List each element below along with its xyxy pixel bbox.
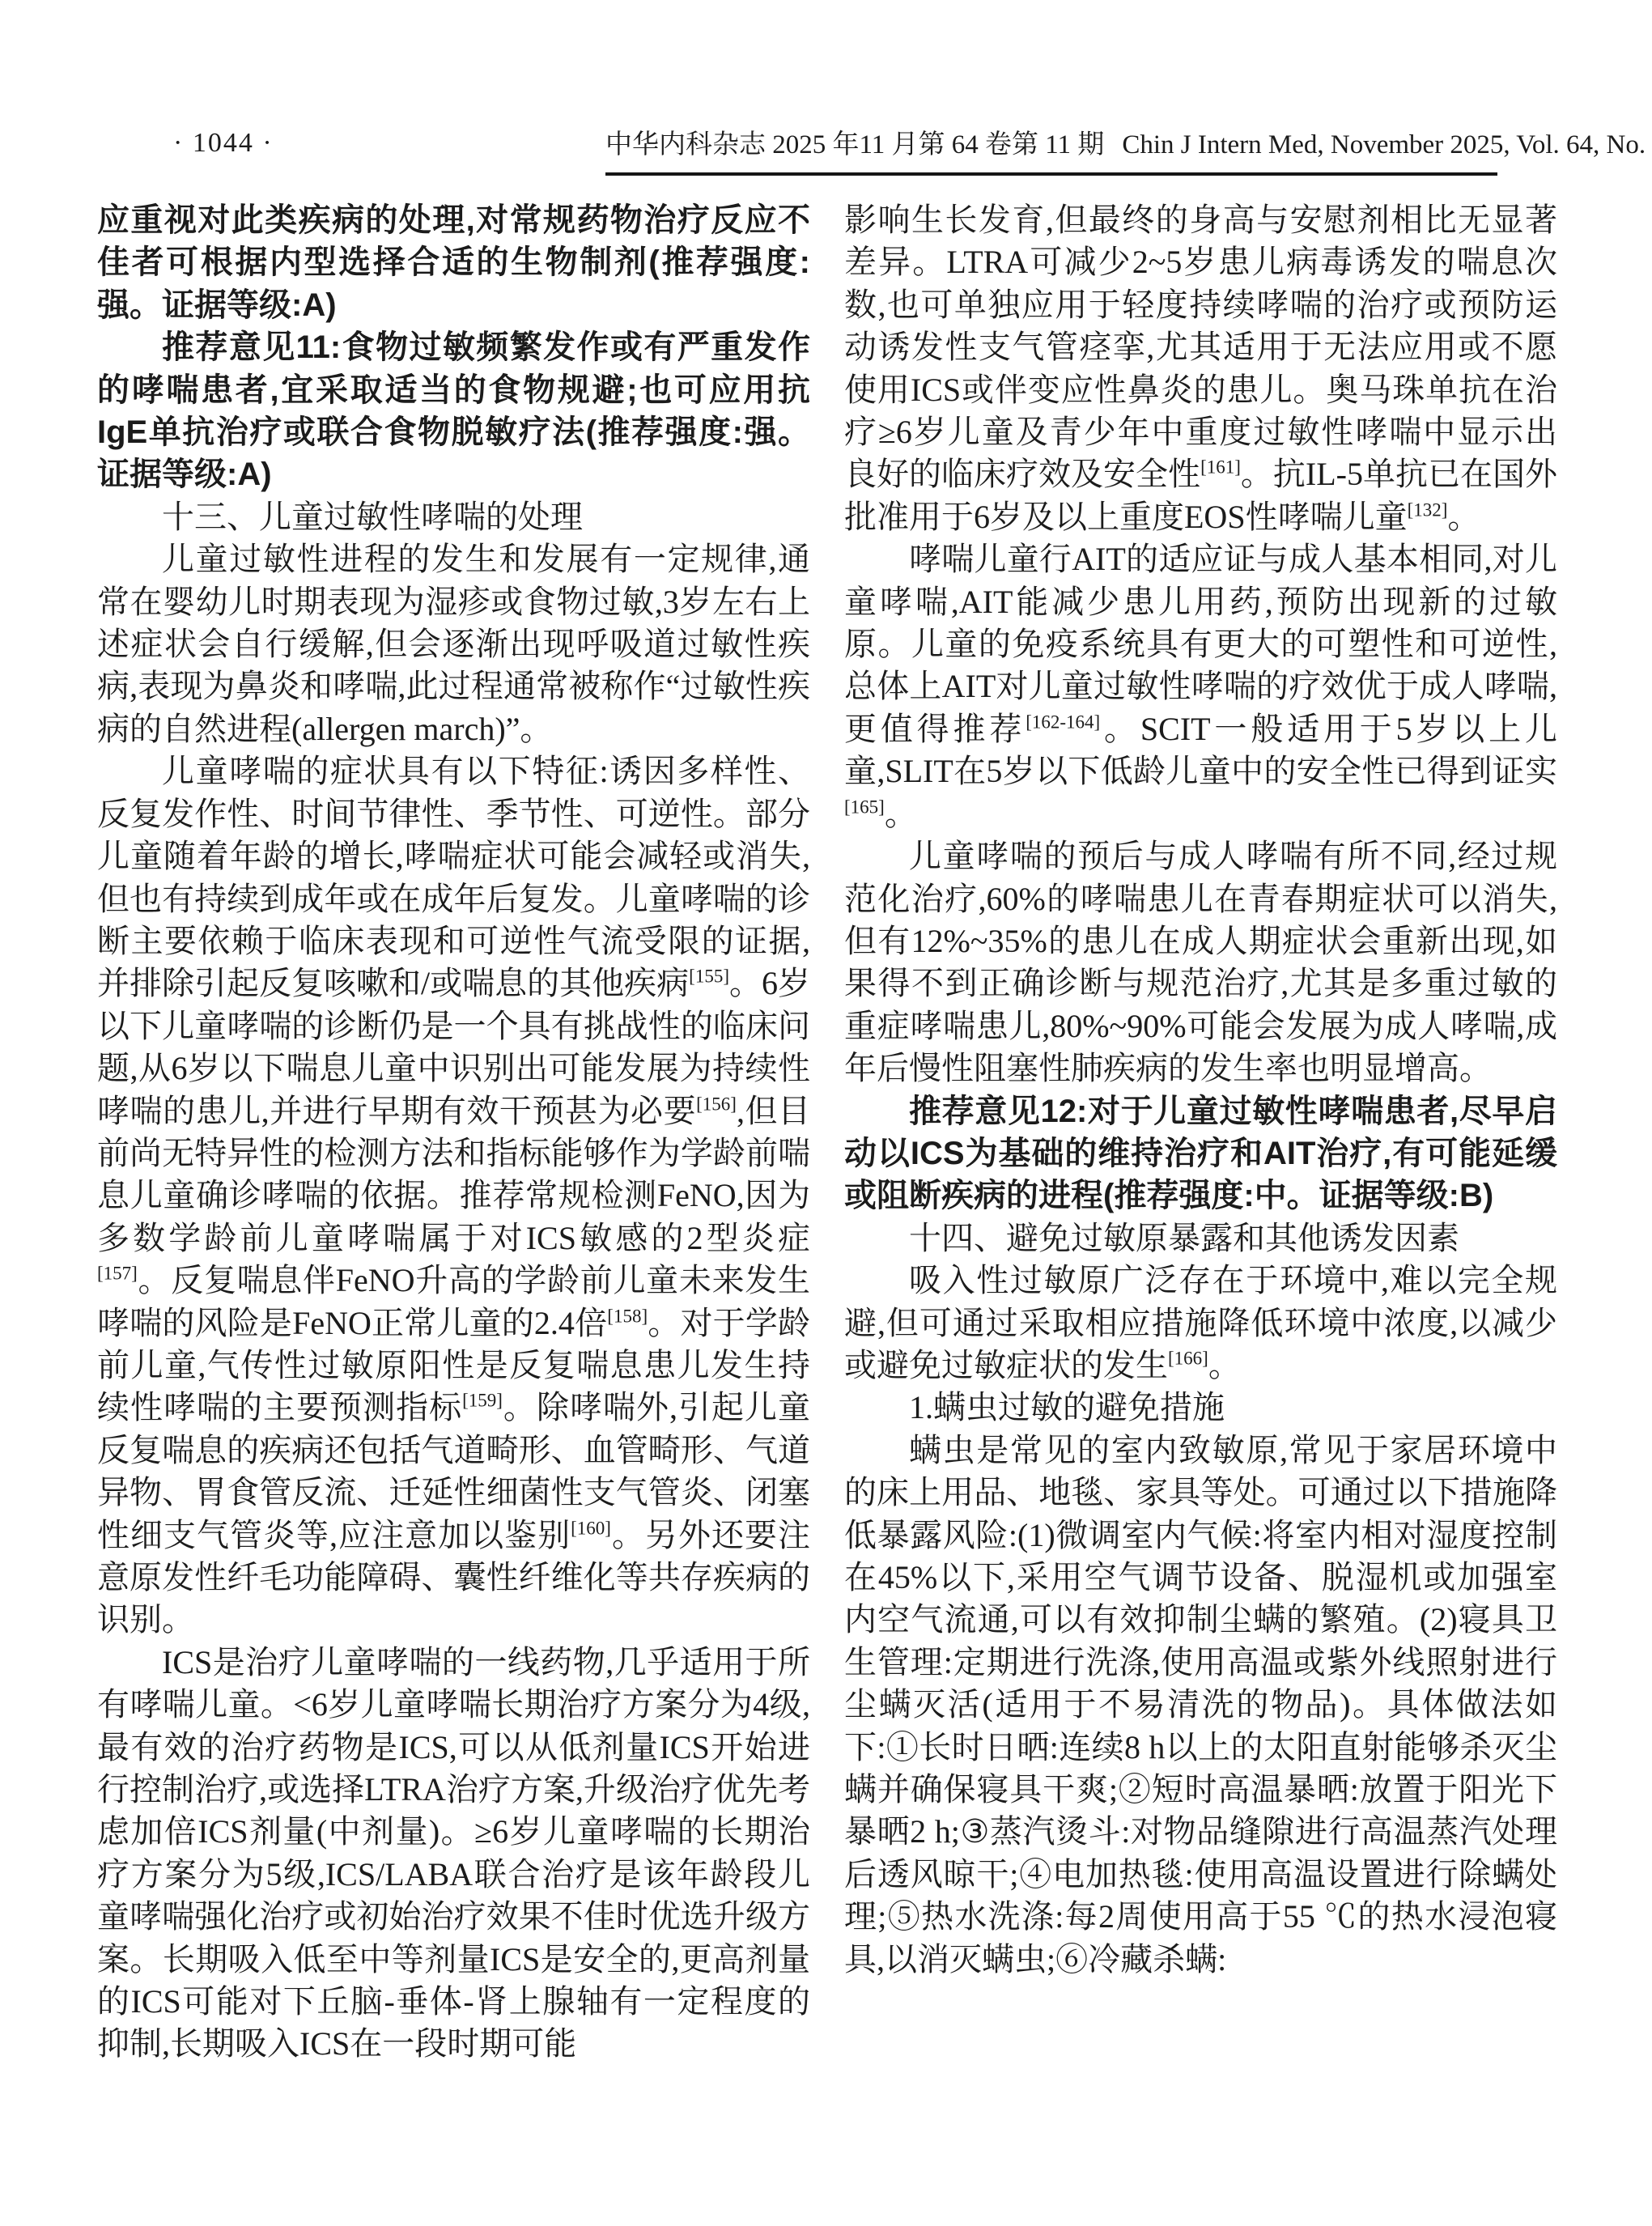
citation-ref: [132] — [1408, 500, 1448, 520]
citation-ref: [161] — [1200, 457, 1241, 478]
body-paragraph: 吸入性过敏原广泛存在于环境中,难以完全规避,但可通过采取相应措施降低环境中浓度,… — [844, 1260, 1557, 1387]
body-paragraph: 十三、儿童过敏性哮喘的处理 — [97, 496, 810, 538]
body-paragraph: 十四、避免过敏原暴露和其他诱发因素 — [844, 1217, 1557, 1260]
body-paragraph: 儿童哮喘的症状具有以下特征:诱因多样性、反复发作性、时间节律性、季节性、可逆性。… — [97, 750, 810, 1642]
body-paragraph: 儿童过敏性进程的发生和发展有一定规律,通常在婴幼儿时期表现为湿疹或食物过敏,3岁… — [97, 538, 810, 750]
recommendation-paragraph: 应重视对此类疾病的处理,对常规药物治疗反应不佳者可根据内型选择合适的生物制剂(推… — [97, 199, 810, 326]
citation-ref: [159] — [462, 1391, 503, 1411]
citation-ref: [155] — [689, 966, 729, 987]
journal-title-en: Chin J Intern Med, November 2025, Vol. 6… — [1122, 130, 1652, 159]
recommendation-paragraph: 推荐意见12:对于儿童过敏性哮喘患者,尽早启动以ICS为基础的维持治疗和AIT治… — [844, 1090, 1557, 1217]
text-columns: 应重视对此类疾病的处理,对常规药物治疗反应不佳者可根据内型选择合适的生物制剂(推… — [97, 199, 1557, 2066]
citation-ref: [158] — [607, 1306, 648, 1326]
journal-title-cn: 中华内科杂志 2025 年11 月第 64 卷第 11 期 — [605, 130, 1104, 159]
right-column: 影响生长发育,但最终的身高与安慰剂相比无显著差异。LTRA可减少2~5岁患儿病毒… — [844, 199, 1557, 2066]
body-paragraph: 哮喘儿童行AIT的适应证与成人基本相同,对儿童哮喘,AIT能减少患儿用药,预防出… — [844, 538, 1557, 835]
citation-ref: [156] — [696, 1094, 737, 1114]
citation-ref: [165] — [844, 797, 885, 817]
citation-ref: [162-164] — [1026, 712, 1100, 733]
journal-header: 中华内科杂志 2025 年11 月第 64 卷第 11 期Chin J Inte… — [605, 123, 1497, 176]
body-paragraph: 影响生长发育,但最终的身高与安慰剂相比无显著差异。LTRA可减少2~5岁患儿病毒… — [844, 199, 1557, 538]
citation-ref: [160] — [571, 1518, 611, 1538]
citation-ref: [157] — [97, 1264, 138, 1284]
citation-ref: [166] — [1168, 1349, 1208, 1369]
body-paragraph: 儿童哮喘的预后与成人哮喘有所不同,经过规范化治疗,60%的哮喘患儿在青春期症状可… — [844, 835, 1557, 1090]
body-paragraph: 1.螨虫过敏的避免措施 — [844, 1387, 1557, 1429]
body-paragraph: ICS是治疗儿童哮喘的一线药物,几乎适用于所有哮喘儿童。<6岁儿童哮喘长期治疗方… — [97, 1642, 810, 2066]
journal-page: · 1044 · 中华内科杂志 2025 年11 月第 64 卷第 11 期Ch… — [0, 0, 1652, 2226]
page-number: · 1044 · — [173, 128, 274, 159]
body-paragraph: 螨虫是常见的室内致敏原,常见于家居环境中的床上用品、地毯、家具等处。可通过以下措… — [844, 1429, 1557, 1981]
recommendation-paragraph: 推荐意见11:食物过敏频繁发作或有严重发作的哮喘患者,宜采取适当的食物规避;也可… — [97, 326, 810, 496]
left-column: 应重视对此类疾病的处理,对常规药物治疗反应不佳者可根据内型选择合适的生物制剂(推… — [97, 199, 810, 2066]
